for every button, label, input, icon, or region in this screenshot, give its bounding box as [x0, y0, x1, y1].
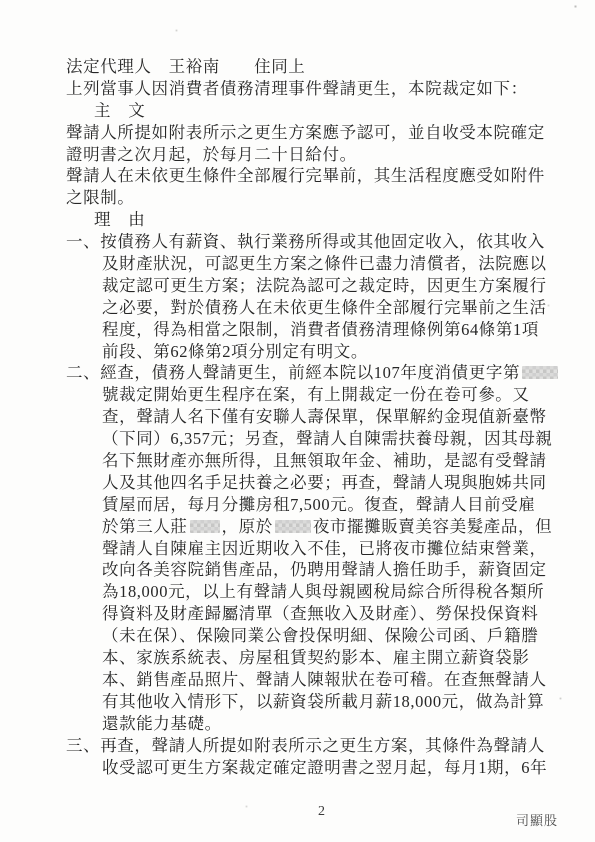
- document-line: 法定代理人 王裕南 住同上: [66, 56, 538, 78]
- document-line: 還款能力基礎。: [66, 713, 538, 735]
- text-segment: 號裁定開始更生程序在案，有上開裁定一份在卷可參。又: [102, 385, 530, 404]
- text-segment: （下同）6,357元；另查，聲請人自陳需扶養母親，因其母親: [102, 429, 553, 448]
- text-segment: 有其他收入情形下，以薪資袋所載月薪18,000元，做為計算: [102, 692, 544, 711]
- list-item-marker: 二、: [66, 363, 100, 382]
- document-line: 二、經查，債務人聲請更生，前經本院以107年度消債更字第: [66, 362, 538, 384]
- document-line: （未在保）、保險同業公會投保明細、保險公司函、戶籍謄: [66, 625, 538, 647]
- document-line: 主 文: [66, 100, 538, 122]
- text-segment: 改向各美容院銷售產品，仍聘用聲請人擔任助手，薪資固定: [102, 560, 547, 579]
- document-line: 三、再查，聲請人所提如附表所示之更生方案，其條件為聲請人: [66, 735, 538, 757]
- document-line: 程度，得為相當之限制，消費者債務清理條例第64條第1項: [66, 319, 538, 341]
- text-segment: 經查，債務人聲請更生，前經本院以107年度消債更字第: [100, 363, 520, 382]
- text-segment: 本、銷售產品照片、聲請人陳報狀在卷可稽。在查無聲請人: [102, 670, 547, 689]
- text-segment: 人及其他四名手足扶養之必要；再查，聲請人現與胞姊共同: [102, 473, 547, 492]
- text-segment: ，原於: [222, 517, 273, 536]
- document-line: 名下無財產亦無所得，且無領取年金、補助，是認有受聲請: [66, 450, 538, 472]
- text-segment: 名下無財產亦無所得，且無領取年金、補助，是認有受聲請: [102, 451, 547, 470]
- document-line: 為18,000元，以上有聲請人與母親國稅局綜合所得稅各類所: [66, 581, 538, 603]
- document-line: 裁定認可更生方案；法院為認可之裁定時，因更生方案履行: [66, 275, 538, 297]
- document-line: 得資料及財產歸屬清單（查無收入及財產）、勞保投保資料: [66, 603, 538, 625]
- list-item-marker: 三、: [66, 736, 100, 755]
- text-segment: 法定代理人 王裕南 住同上: [66, 57, 305, 76]
- text-segment: 得資料及財產歸屬清單（查無收入及財產）、勞保投保資料: [102, 604, 538, 623]
- document-line: 查，聲請人名下僅有安聯人壽保單，保單解約金現值新臺幣: [66, 406, 538, 428]
- text-segment: 理 由: [94, 210, 145, 229]
- page-number: 2: [318, 804, 325, 820]
- document-line: 聲請人所提如附表所示之更生方案應予認可，並自收受本院確定: [66, 122, 538, 144]
- text-segment: 之必要，對於債務人在未依更生條件全部履行完畢前之生活: [102, 298, 547, 317]
- redaction-box: [522, 366, 558, 379]
- document-line: 上列當事人因消費者債務清理事件聲請更生，本院裁定如下：: [66, 78, 538, 100]
- text-segment: 本、家族系統表、房屋租賃契約影本、雇主開立薪資袋影: [102, 648, 530, 667]
- list-item-marker: 一、: [66, 232, 100, 251]
- document-line: 號裁定開始更生程序在案，有上開裁定一份在卷可參。又: [66, 384, 538, 406]
- text-segment: 聲請人在未依更生條件全部履行完畢前，其生活程度應受如附件: [66, 166, 545, 185]
- redaction-box: [275, 520, 311, 533]
- document-line: 一、按債務人有薪資、執行業務所得或其他固定收入，依其收入: [66, 231, 538, 253]
- document-line: 於第三人莊，原於夜市擺攤販賣美容美髮產品，但: [66, 516, 538, 538]
- document-line: 之限制。: [66, 187, 538, 209]
- text-segment: 聲請人自陳雇主因近期收入不佳，已將夜市攤位結束營業，: [102, 539, 547, 558]
- text-segment: 之限制。: [66, 188, 134, 207]
- text-segment: 前段、第62條第2項分別定有明文。: [102, 342, 368, 361]
- text-segment: 還款能力基礎。: [102, 714, 222, 733]
- document-line: 賃屋而居，每月分攤房租7,500元。復查，聲請人目前受雇: [66, 494, 538, 516]
- document-line: 及財產狀況，可認更生方案之條件已盡力清償者，法院應以: [66, 253, 538, 275]
- text-segment: 為18,000元，以上有聲請人與母親國稅局綜合所得稅各類所: [102, 582, 544, 601]
- document-line: 人及其他四名手足扶養之必要；再查，聲請人現與胞姊共同: [66, 472, 538, 494]
- text-segment: 裁定認可更生方案；法院為認可之裁定時，因更生方案履行: [102, 276, 547, 295]
- document-body: 法定代理人 王裕南 住同上上列當事人因消費者債務清理事件聲請更生，本院裁定如下：…: [66, 56, 538, 778]
- text-segment: （未在保）、保險同業公會投保明細、保險公司函、戶籍謄: [102, 626, 538, 645]
- text-segment: 主 文: [94, 101, 145, 120]
- text-segment: 及財產狀況，可認更生方案之條件已盡力清償者，法院應以: [102, 254, 547, 273]
- document-line: 聲請人自陳雇主因近期收入不佳，已將夜市攤位結束營業，: [66, 538, 538, 560]
- redaction-box: [190, 520, 220, 533]
- clerk-division-stamp: 司顯股: [516, 810, 558, 829]
- document-line: 有其他收入情形下，以薪資袋所載月薪18,000元，做為計算: [66, 691, 538, 713]
- text-segment: 聲請人所提如附表所示之更生方案應予認可，並自收受本院確定: [66, 123, 545, 142]
- text-segment: 證明書之次月起，於每月二十日給付。: [66, 145, 357, 164]
- text-segment: 於第三人莊: [102, 517, 188, 536]
- document-line: 理 由: [66, 209, 538, 231]
- text-segment: 上列當事人因消費者債務清理事件聲請更生，本院裁定如下：: [66, 79, 528, 98]
- text-segment: 按債務人有薪資、執行業務所得或其他固定收入，依其收入: [100, 232, 545, 251]
- text-segment: 程度，得為相當之限制，消費者債務清理條例第64條第1項: [102, 320, 539, 339]
- document-line: 聲請人在未依更生條件全部履行完畢前，其生活程度應受如附件: [66, 165, 538, 187]
- document-line: 改向各美容院銷售產品，仍聘用聲請人擔任助手，薪資固定: [66, 559, 538, 581]
- document-line: 本、家族系統表、房屋租賃契約影本、雇主開立薪資袋影: [66, 647, 538, 669]
- scan-noise-specks: [0, 0, 1, 1]
- document-line: 本、銷售產品照片、聲請人陳報狀在卷可稽。在查無聲請人: [66, 669, 538, 691]
- text-segment: 再查，聲請人所提如附表所示之更生方案，其條件為聲請人: [100, 736, 545, 755]
- scanned-court-ruling-page: 法定代理人 王裕南 住同上上列當事人因消費者債務清理事件聲請更生，本院裁定如下：…: [0, 0, 595, 842]
- document-line: 證明書之次月起，於每月二十日給付。: [66, 144, 538, 166]
- text-segment: 收受認可更生方案裁定確定證明書之翌月起，每月1期，6年: [102, 758, 547, 777]
- document-line: 收受認可更生方案裁定確定證明書之翌月起，每月1期，6年: [66, 757, 538, 779]
- text-segment: 查，聲請人名下僅有安聯人壽保單，保單解約金現值新臺幣: [102, 407, 547, 426]
- text-segment: 賃屋而居，每月分攤房租7,500元。復查，聲請人目前受雇: [102, 495, 535, 514]
- document-line: 之必要，對於債務人在未依更生條件全部履行完畢前之生活: [66, 297, 538, 319]
- text-segment: 夜市擺攤販賣美容美髮產品，但: [313, 517, 552, 536]
- document-line: 前段、第62條第2項分別定有明文。: [66, 341, 538, 363]
- document-line: （下同）6,357元；另查，聲請人自陳需扶養母親，因其母親: [66, 428, 538, 450]
